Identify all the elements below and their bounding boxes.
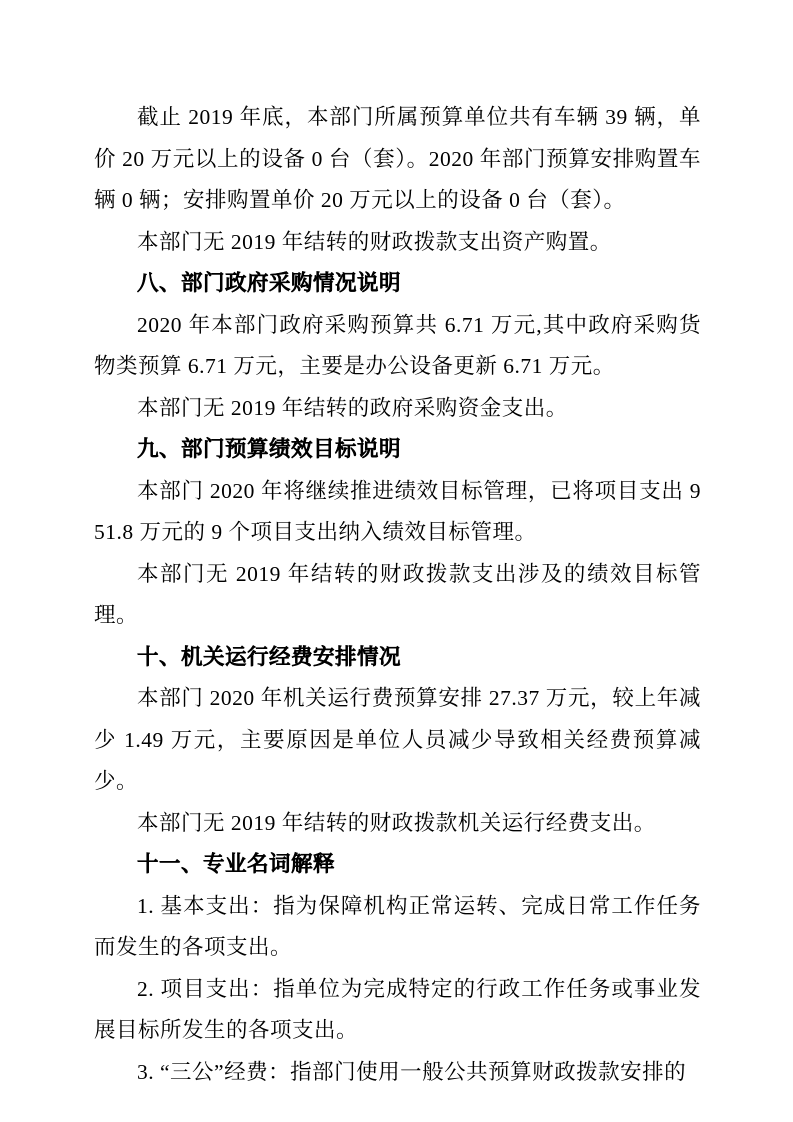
heading-section-9-performance-targets: 九、部门预算绩效目标说明	[94, 429, 701, 471]
paragraph-no-carryover-asset-purchase: 本部门无 2019 年结转的财政拨款支出资产购置。	[94, 222, 701, 264]
paragraph-performance-target-management: 本部门 2020 年将继续推进绩效目标管理，已将项目支出 951.8 万元的 9…	[94, 471, 701, 554]
paragraph-no-carryover-performance: 本部门无 2019 年结转的财政拨款支出涉及的绩效目标管理。	[94, 554, 701, 637]
paragraph-no-carryover-operating-funds: 本部门无 2019 年结转的财政拨款机关运行经费支出。	[94, 803, 701, 845]
paragraph-term-three-public-funds: 3. “三公”经费：指部门使用一般公共预算财政拨款安排的	[94, 1052, 701, 1094]
heading-section-11-glossary: 十一、专业名词解释	[94, 844, 701, 886]
paragraph-operating-funds-budget: 本部门 2020 年机关运行费预算安排 27.37 万元，较上年减少 1.49 …	[94, 678, 701, 803]
heading-section-10-operating-funds: 十、机关运行经费安排情况	[94, 637, 701, 679]
paragraph-no-carryover-procurement-funds: 本部门无 2019 年结转的政府采购资金支出。	[94, 388, 701, 430]
heading-section-8-government-procurement: 八、部门政府采购情况说明	[94, 263, 701, 305]
paragraph-term-project-expenditure: 2. 项目支出：指单位为完成特定的行政工作任务或事业发展目标所发生的各项支出。	[94, 969, 701, 1052]
paragraph-procurement-budget: 2020 年本部门政府采购预算共 6.71 万元,其中政府采购货物类预算 6.7…	[94, 305, 701, 388]
paragraph-term-basic-expenditure: 1. 基本支出：指为保障机构正常运转、完成日常工作任务而发生的各项支出。	[94, 886, 701, 969]
paragraph-vehicles-equipment-summary: 截止 2019 年底，本部门所属预算单位共有车辆 39 辆，单价 20 万元以上…	[94, 97, 701, 222]
document-page: 截止 2019 年底，本部门所属预算单位共有车辆 39 辆，单价 20 万元以上…	[0, 0, 793, 1122]
